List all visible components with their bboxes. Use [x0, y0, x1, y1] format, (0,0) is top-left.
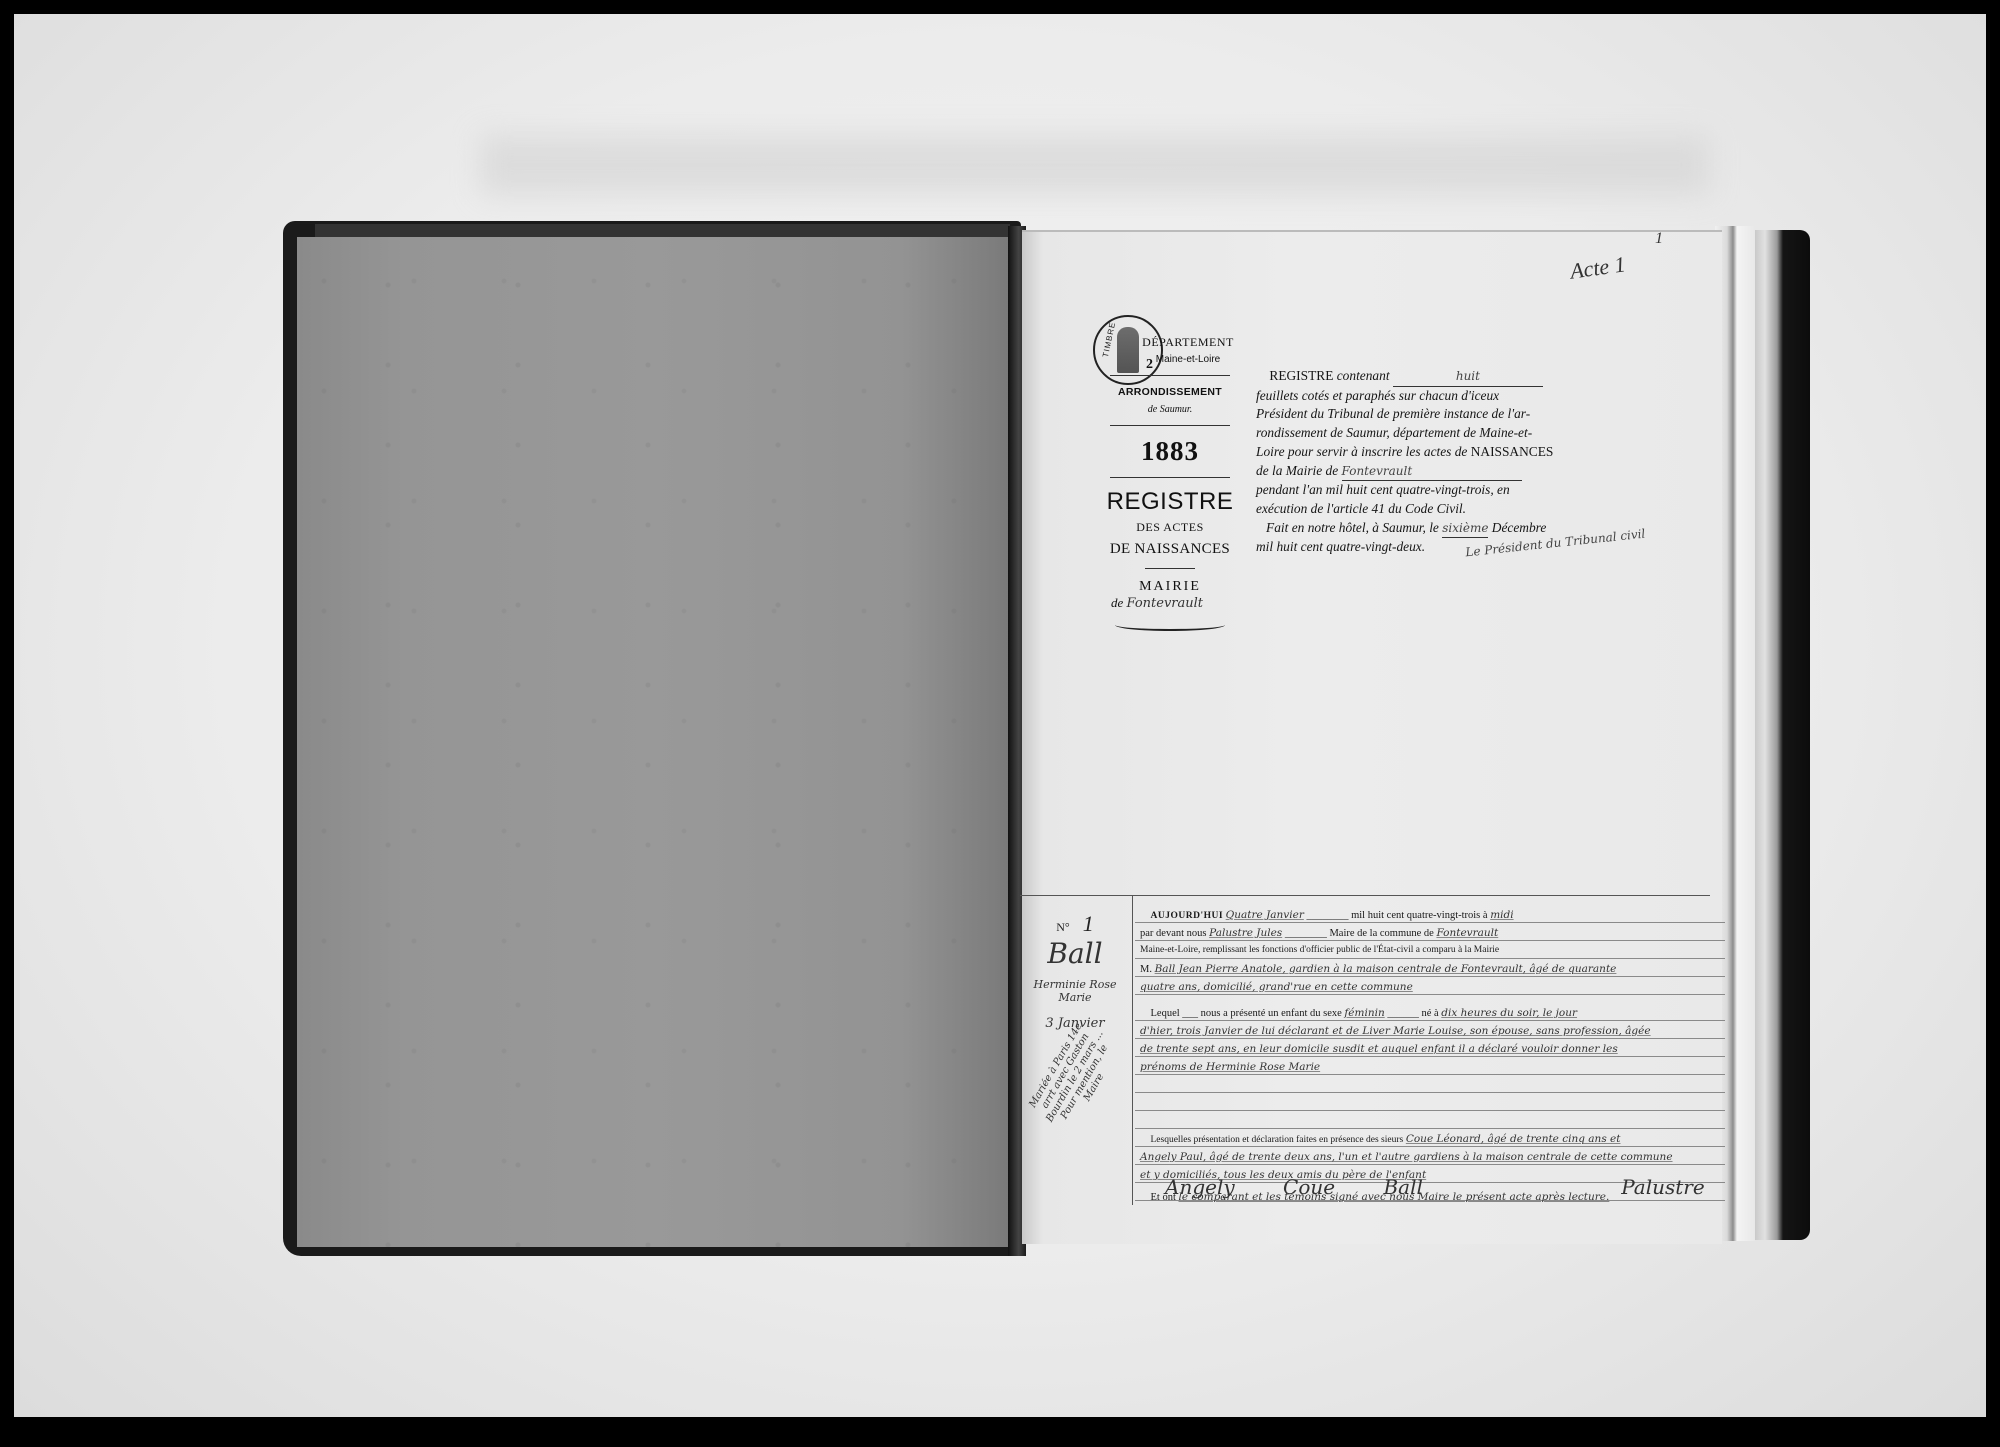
ruled-line: [1135, 958, 1725, 959]
act-number: N° 1: [1020, 911, 1130, 937]
act-line-5: quatre ans, domicilié, grand'rue en cett…: [1140, 981, 1413, 993]
marginal-mention: Mariée à Paris 14e arrt avec Gaston Bour…: [1024, 1015, 1127, 1138]
cert-line-5b: NAISSANCES: [1471, 444, 1554, 459]
handwritten-text: Palustre Jules: [1209, 927, 1282, 939]
act-line-2: par devant nous Palustre Jules ________ …: [1140, 927, 1498, 939]
cert-pages-count: huit: [1393, 367, 1543, 387]
cert-line-2: feuillets cotés et paraphés sur chacun d…: [1256, 387, 1606, 406]
ruled-line: [1135, 1056, 1725, 1057]
ruled-line: [1135, 1038, 1725, 1039]
mairie-name: Fontevrault: [1127, 596, 1204, 611]
act-line-8: de trente sept ans, en leur domicile sus…: [1140, 1043, 1618, 1055]
department-name: Maine-et-Loire: [1123, 354, 1253, 365]
handwritten-text: dix heures du soir, le jour: [1441, 1007, 1577, 1019]
arrondissement-name: de Saumur.: [1105, 404, 1235, 415]
mairie-line: de Fontevrault: [1105, 595, 1235, 611]
book-cover-right: [1750, 230, 1810, 1240]
handwritten-text: Ball Jean Pierre Anatole, gardien à la m…: [1155, 963, 1617, 975]
handwritten-text: Coue Léonard, âgé de trente cinq ans et: [1406, 1133, 1621, 1145]
act-line-4: M. Ball Jean Pierre Anatole, gardien à l…: [1140, 963, 1616, 975]
divider: [1110, 425, 1230, 426]
ruled-line: [1135, 1110, 1725, 1111]
cert-line-9b: Décembre: [1492, 520, 1547, 535]
cert-contenant: contenant: [1337, 368, 1390, 383]
handwritten-text: de trente sept ans, en leur domicile sus…: [1140, 1043, 1618, 1055]
flourish-divider: [1115, 619, 1225, 631]
printed-text: AUJOURD'HUI: [1151, 911, 1224, 921]
folio-number: 1: [1655, 230, 1663, 248]
printed-text: par devant nous: [1140, 928, 1206, 939]
handwritten-text: quatre ans, domicilié, grand'rue en cett…: [1140, 981, 1413, 993]
ruled-line: [1135, 1164, 1725, 1165]
printed-text: Lequel: [1151, 1008, 1180, 1019]
act-given-names: Herminie Rose Marie: [1020, 978, 1130, 1004]
signature-declarant: Ball: [1383, 1175, 1422, 1199]
handwritten-text: Quatre Janvier: [1226, 909, 1304, 921]
printed-text: M.: [1140, 964, 1152, 975]
act-number-value: 1: [1083, 911, 1094, 936]
act-margin: N° 1 Ball Herminie Rose Marie 3 Janvier …: [1020, 905, 1130, 1104]
cover-top-edge: [315, 224, 1010, 238]
act-line-6: Lequel ___ nous a présenté un enfant du …: [1140, 1007, 1577, 1019]
ruled-line: [1135, 1020, 1725, 1021]
printed-text: mil huit cent quatre-vingt-trois à: [1351, 910, 1487, 921]
act-signatures: Angely Coue Ball Palustre: [1165, 1175, 1747, 1199]
cert-line-8: exécution de l'article 41 du Code Civil.: [1256, 500, 1606, 519]
ruled-line: [1135, 922, 1725, 923]
act-number-label: N°: [1056, 920, 1069, 934]
act-line-7: d'hier, trois Janvier de lui déclarant e…: [1140, 1025, 1651, 1037]
cert-day: sixième: [1442, 519, 1488, 539]
ruled-line: [1135, 994, 1725, 995]
arrondissement-label: ARRONDISSEMENT: [1105, 386, 1235, 398]
cert-line-5a: Loire pour servir à inscrire les actes d…: [1256, 444, 1467, 459]
signature-witness-2: Coue: [1283, 1175, 1335, 1199]
handwritten-text: d'hier, trois Janvier de lui déclarant e…: [1140, 1025, 1651, 1037]
cert-line-9a: Fait en notre hôtel, à Saumur, le: [1266, 520, 1439, 535]
certification-text: REGISTRE contenant huit feuillets cotés …: [1256, 367, 1606, 557]
scan-shadow: [480, 135, 1710, 195]
handwritten-text: Fontevrault: [1436, 927, 1498, 939]
handwritten-text: midi: [1490, 909, 1513, 921]
blank-endpaper: [297, 237, 1009, 1247]
cert-registre: REGISTRE: [1269, 368, 1333, 383]
handwritten-text: prénoms de Herminie Rose Marie: [1140, 1061, 1320, 1073]
ruled-line: [1135, 1146, 1725, 1147]
act-line-3: Maine-et-Loire, remplissant les fonction…: [1140, 945, 1499, 955]
act-line-1: AUJOURD'HUI Quatre Janvier ________ mil …: [1140, 909, 1514, 921]
act-line-11: Angely Paul, âgé de trente deux ans, l'u…: [1140, 1151, 1673, 1163]
printed-text: Maire de la commune de: [1329, 928, 1433, 939]
register-title: REGISTRE: [1105, 488, 1235, 516]
handwritten-text: féminin: [1344, 1007, 1384, 1019]
act-surname: Ball: [1020, 937, 1130, 970]
cert-line-3: Président du Tribunal de première instan…: [1256, 405, 1606, 424]
divider: [1145, 568, 1195, 569]
divider: [1110, 375, 1230, 376]
ledger-top-rule: [1020, 895, 1710, 896]
divider: [1110, 477, 1230, 478]
printed-text: né à: [1421, 1008, 1438, 1019]
ruled-line: [1135, 976, 1725, 977]
act-line-10: Lesquelles présentation et déclaration f…: [1140, 1133, 1620, 1145]
handwritten-text: Angely Paul, âgé de trente deux ans, l'u…: [1140, 1151, 1673, 1163]
cert-line-4: rondissement de Saumur, département de M…: [1256, 424, 1606, 443]
margin-rule: [1132, 895, 1133, 1205]
cert-line-7: pendant l'an mil huit cent quatre-vingt-…: [1256, 481, 1606, 500]
printed-text: Lesquelles présentation et déclaration f…: [1151, 1135, 1404, 1145]
ruled-line: [1135, 1128, 1725, 1129]
ruled-line: [1135, 1074, 1725, 1075]
mairie-label: MAIRIE: [1105, 579, 1235, 595]
ruled-line: [1135, 1092, 1725, 1093]
register-subtitle-2: DE NAISSANCES: [1105, 541, 1235, 558]
register-year: 1883: [1105, 436, 1235, 467]
register-subtitle-1: DES ACTES: [1105, 520, 1235, 535]
mairie-prefix: de: [1111, 595, 1123, 610]
signature-witness-1: Angely: [1165, 1175, 1235, 1199]
register-header-block: DÉPARTEMENT Maine-et-Loire ARRONDISSEMEN…: [1105, 335, 1235, 631]
ruled-line: [1135, 940, 1725, 941]
cert-line-6: de la Mairie de: [1256, 463, 1338, 478]
printed-text: nous a présenté un enfant du sexe: [1201, 1008, 1342, 1019]
cert-commune: Fontevrault: [1342, 462, 1522, 482]
department-label: DÉPARTEMENT: [1123, 335, 1253, 350]
act-line-9: prénoms de Herminie Rose Marie: [1140, 1061, 1320, 1073]
signature-mayor: Palustre: [1621, 1175, 1704, 1199]
